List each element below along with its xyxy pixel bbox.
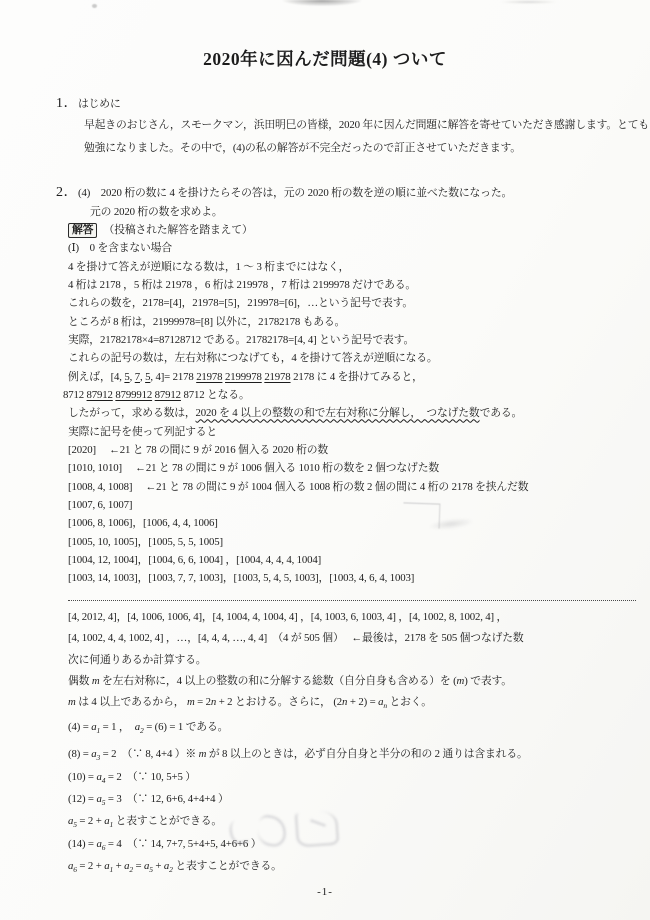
doc-line: 4 桁は 2178 ，5 桁は 21978 ，6 桁は 219978 ，7 桁は… — [68, 276, 650, 294]
text-segment: (14) = — [68, 838, 96, 850]
text-segment: [4, 1002, 4, 4, 1002, 4] ，…，[4, 4, 4, …,… — [68, 632, 524, 644]
symbol-list-item: [1006, 8, 1006]，[1006, 4, 4, 1006] — [68, 514, 650, 532]
text-segment: = 2 + — [77, 815, 104, 827]
doc-line: 実際，21782178×4=87128712 である。21782178=[4, … — [68, 331, 650, 349]
doc-line: 偶数 m を左右対称に，4 以上の整数の和に分解する総数（自分自身も含める）を … — [68, 671, 650, 692]
text-segment: (4) 2020 桁の数に 4 を掛けたらその答は，元の 2020 桁の数を逆の… — [78, 187, 512, 199]
text-segment: 1． — [56, 96, 78, 111]
equation-line: (10) = a4 = 2 （∵ 10, 5+5 ） — [68, 768, 650, 790]
doc-line: ところが 8 桁は，21999978=[8] 以外に，21782178 もある。 — [68, 313, 650, 331]
answer-box-label: 解答 — [68, 223, 97, 238]
text-segment: [1005, 10, 1005]，[1005, 5, 5, 1005] — [68, 536, 223, 548]
doc-line: 例えば，[4, 5, 7, 5, 4]= 2178 21978 2199978 … — [68, 368, 650, 386]
text-segment: + — [153, 860, 164, 872]
text-segment: これらの数を，2178=[4]，21978=[5]，219978=[6]，…とい… — [68, 297, 413, 309]
text-segment: 勉強になりました。その中で，(4)の私の解答が不完全だったので訂正させていただき… — [84, 142, 521, 154]
text-segment: [1010, 1010] ←21 と 78 の間に 9 が 1006 個入る 1… — [68, 462, 439, 474]
text-segment: + 2 とおける。さらに， (2 — [216, 696, 342, 708]
symbol-list-item: [4, 2012, 4]，[4, 1006, 1006, 4]，[4, 1004… — [68, 607, 650, 628]
page-number: -1- — [0, 886, 650, 898]
text-segment: = — [133, 860, 144, 872]
doc-line: これらの数を，2178=[4]，21978=[5]，219978=[6]，…とい… — [68, 294, 650, 312]
text-segment: 4 桁は 2178 ，5 桁は 21978 ，6 桁は 219978 ，7 桁は… — [68, 279, 416, 291]
text-segment: (8) = — [68, 748, 91, 760]
doc-line: これらの記号の数は，左右対称につなげても，4 を掛けて答えが逆順になる。 — [68, 349, 650, 367]
text-segment: とおく。 — [387, 696, 432, 708]
text-segment: 8712 となる。 — [181, 389, 250, 401]
symbol-list-item: [2020] ←21 と 78 の間に 9 が 2016 個入る 2020 桁の… — [68, 441, 650, 459]
underlined-text: 8799912 — [115, 389, 152, 401]
acknowledgment-line: 早起きのおじさん，スモークマン，浜田明巳の皆様，2020 年に因んだ問題に解答を… — [84, 114, 650, 137]
text-segment: + 2) = — [347, 696, 378, 708]
text-segment: 例えば，[4, — [68, 371, 124, 383]
case-heading-line: (Ⅰ) 0 を含まない場合 — [68, 239, 650, 257]
symbol-list-item: [1003, 14, 1003]，[1003, 7, 7, 1003]，[100… — [68, 569, 650, 587]
equation-line: (12) = a5 = 3 （∵ 12, 6+6, 4+4+4 ） — [68, 790, 650, 812]
text-segment: したがって，求める数は， — [68, 407, 196, 419]
doc-line: 4 を掛けて答えが逆順になる数は，1 ～ 3 桁までにはなく， — [68, 258, 650, 276]
text-segment: 2178 に 4 を掛けてみると， — [291, 371, 423, 383]
text-segment: ところが 8 桁は，21999978=[8] 以外に，21782178 もある。 — [68, 316, 345, 328]
problem-statement-line: 元の 2020 桁の数を求めよ。 — [90, 203, 650, 221]
text-segment: 実際，21782178×4=87128712 である。21782178=[4, … — [68, 334, 414, 346]
text-segment: = 1 ， — [100, 721, 135, 733]
text-segment: 4 を掛けて答えが逆順になる数は，1 ～ 3 桁までにはなく， — [68, 261, 349, 273]
answer-header-line: 解答 （投稿された解答を踏まえて） — [68, 221, 650, 239]
equation-line: (8) = a3 = 2 （∵ 8, 4+4 ）※ m が 8 以上のときは，必… — [68, 745, 650, 767]
text-segment: [1007, 6, 1007] — [68, 499, 132, 511]
text-segment: (4) = — [68, 721, 91, 733]
section-1-heading: 1．はじめに — [56, 94, 650, 114]
doc-line: 次に何通りあるか計算する。 — [68, 650, 650, 671]
text-segment: 早起きのおじさん，スモークマン，浜田明巳の皆様，2020 年に因んだ問題に解答を… — [84, 119, 649, 131]
equation-line: (14) = a6 = 4 （∵ 14, 7+7, 5+4+5, 4+6+6 ） — [68, 835, 650, 857]
underlined-text: 2199978 — [225, 371, 262, 383]
text-segment: である。 — [480, 407, 523, 419]
text-segment: [2020] ←21 と 78 の間に 9 が 2016 個入る 2020 桁の… — [68, 444, 328, 456]
text-segment: (12) = — [68, 793, 96, 805]
symbol-list-item: [4, 1002, 4, 4, 1002, 4] ，…，[4, 4, 4, …,… — [68, 628, 650, 649]
underlined-text: 21978 — [264, 371, 290, 383]
text-segment: [1006, 8, 1006]，[1006, 4, 4, 1006] — [68, 517, 218, 529]
symbol-list-item: [1007, 6, 1007] — [68, 496, 650, 514]
text-segment: [1003, 14, 1003]，[1003, 7, 7, 1003]，[100… — [68, 572, 414, 584]
text-segment: 次に何通りあるか計算する。 — [68, 654, 206, 666]
text-segment: [1008, 4, 1008] ←21 と 78 の間に 9 が 1004 個入… — [68, 481, 528, 493]
symbol-list-item: [1005, 10, 1005]，[1005, 5, 5, 1005] — [68, 533, 650, 551]
problem-statement-line: 2．(4) 2020 桁の数に 4 を掛けたらその答は，元の 2020 桁の数を… — [56, 184, 650, 202]
dotted-separator — [68, 588, 636, 601]
doc-line: 実際に記号を使って列記すると — [68, 423, 650, 441]
text-segment: = (6) = 1 である。 — [144, 721, 229, 733]
symbol-list-item: [1004, 12, 1004]，[1004, 6, 6, 1004] ，[10… — [68, 551, 650, 569]
acknowledgment-line: 勉強になりました。その中で，(4)の私の解答が不完全だったので訂正させていただき… — [84, 137, 650, 160]
text-segment: 元の 2020 桁の数を求めよ。 — [90, 206, 223, 218]
symbol-list-item: [1010, 1010] ←21 と 78 の間に 9 が 1006 個入る 1… — [68, 459, 650, 477]
scan-artifact — [92, 4, 97, 8]
text-segment: は 4 以上であるから， — [76, 696, 187, 708]
equation-line: a6 = 2 + a1 + a2 = a5 + a2 と表すことができる。 — [68, 857, 650, 879]
text-segment: が 8 以上のときは，必ず自分自身と半分の和の 2 通りは含まれる。 — [206, 748, 527, 760]
underlined-text: 87912 — [87, 389, 113, 401]
text-segment: 2． — [56, 185, 78, 200]
section-2: 2．(4) 2020 桁の数に 4 を掛けたらその答は，元の 2020 桁の数を… — [0, 184, 650, 879]
text-segment: = 2 + — [77, 860, 104, 872]
text-segment: = 3 （∵ 12, 6+6, 4+4+4 ） — [105, 793, 228, 805]
text-segment: (10) = — [68, 771, 96, 783]
text-segment: = 2 （∵ 10, 5+5 ） — [105, 771, 196, 783]
underlined-text: 21978 — [196, 371, 222, 383]
text-segment: = 4 （∵ 14, 7+7, 5+4+5, 4+6+6 ） — [105, 838, 261, 850]
text-segment: （投稿された解答を踏まえて） — [98, 224, 252, 236]
document-page: 2020年に因んだ問題(4) ついて 1．はじめに早起きのおじさん，スモークマン… — [0, 0, 650, 920]
symbol-list-item: [1008, 4, 1008] ←21 と 78 の間に 9 が 1004 個入… — [68, 478, 650, 496]
doc-line: したがって，求める数は，2020 を 4 以上の整数の和で左右対称に分解し， つ… — [68, 404, 650, 422]
text-segment: ) で表す。 — [464, 675, 512, 687]
scan-artifact — [283, 0, 361, 6]
text-segment: , 4]= 2178 — [150, 371, 196, 383]
text-segment: はじめに — [78, 98, 121, 110]
underlined-text: 87912 — [155, 389, 181, 401]
text-segment: = 2 （∵ 8, 4+4 ）※ — [100, 748, 199, 760]
text-segment: 偶数 — [68, 675, 92, 687]
wavy-underlined-text: 2020 を 4 以上の整数の和で左右対称に分解し， つなげた数 — [196, 407, 480, 419]
equation-line: m は 4 以上であるから， m = 2n + 2 とおける。さらに， (2n … — [68, 692, 650, 716]
math-variable: m — [187, 696, 195, 708]
text-segment: 8712 — [63, 389, 87, 401]
text-segment: + — [113, 860, 124, 872]
text-segment: [4, 2012, 4]，[4, 1006, 1006, 4]，[4, 1004… — [68, 611, 507, 623]
math-variable: m — [68, 696, 76, 708]
text-segment: と表すことができる。 — [173, 860, 282, 872]
text-segment: (Ⅰ) 0 を含まない場合 — [68, 242, 172, 254]
equation-line: a5 = 2 + a1 と表すことができる。 — [68, 812, 650, 834]
section-1: 1．はじめに早起きのおじさん，スモークマン，浜田明巳の皆様，2020 年に因んだ… — [0, 94, 650, 159]
doc-line: 8712 87912 8799912 87912 8712 となる。 — [63, 386, 650, 404]
equation-line: (4) = a1 = 1 ， a2 = (6) = 1 である。 — [68, 717, 650, 741]
text-segment: = 2 — [195, 696, 211, 708]
text-segment: これらの記号の数は，左右対称につなげても，4 を掛けて答えが逆順になる。 — [68, 352, 438, 364]
text-segment: を左右対称に，4 以上の整数の和に分解する総数（自分自身も含める）を ( — [100, 675, 457, 687]
text-segment: [1004, 12, 1004]，[1004, 6, 6, 1004] ，[10… — [68, 554, 321, 566]
scan-artifact — [500, 0, 558, 4]
text-segment: と表すことができる。 — [113, 815, 222, 827]
page-title: 2020年に因んだ問題(4) ついて — [0, 46, 650, 72]
text-segment: 実際に記号を使って列記すると — [68, 426, 217, 438]
math-variable: m — [92, 675, 100, 687]
